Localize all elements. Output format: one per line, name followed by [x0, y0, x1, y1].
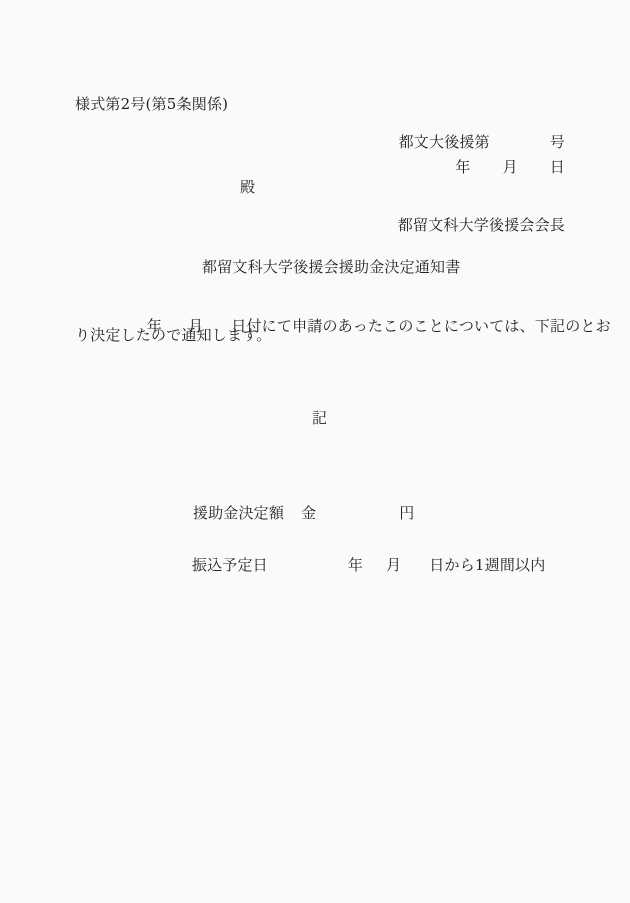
issue-date-line: 年月日	[436, 142, 565, 193]
document-title: 都留文科大学後援会援助金決定通知書	[202, 259, 460, 276]
transfer-year-label: 年	[348, 557, 363, 574]
issue-date-year-label: 年	[455, 159, 470, 176]
body-line-2: り決定したので通知します。	[75, 327, 271, 344]
transfer-label: 振込予定日	[192, 557, 268, 574]
body-text-1: 日付にて申請のあったこのことについては、下記のとお	[231, 318, 611, 335]
amount-label: 援助金決定額	[193, 505, 284, 522]
amount-currency-suffix: 円	[399, 505, 414, 522]
sender-line: 都留文科大学後援会会長	[398, 217, 565, 234]
issue-date-day-label: 日	[550, 159, 565, 176]
issue-date-month-label: 月	[503, 159, 518, 176]
addressee-honorific: 殿	[240, 179, 255, 196]
transfer-month-label: 月	[386, 557, 401, 574]
amount-line: 援助金決定額金円	[173, 488, 414, 539]
record-marker: 記	[312, 410, 327, 427]
transfer-date-line: 振込予定日年月日から1週間以内	[172, 540, 545, 591]
amount-currency-prefix: 金	[301, 505, 316, 522]
document-page: 様式第2号(第5条関係) 都文大後援第号 年月日 殿 都留文科大学後援会会長 都…	[0, 0, 630, 903]
transfer-rest: 日から1週間以内	[429, 557, 545, 574]
form-number: 様式第2号(第5条関係)	[75, 96, 228, 113]
